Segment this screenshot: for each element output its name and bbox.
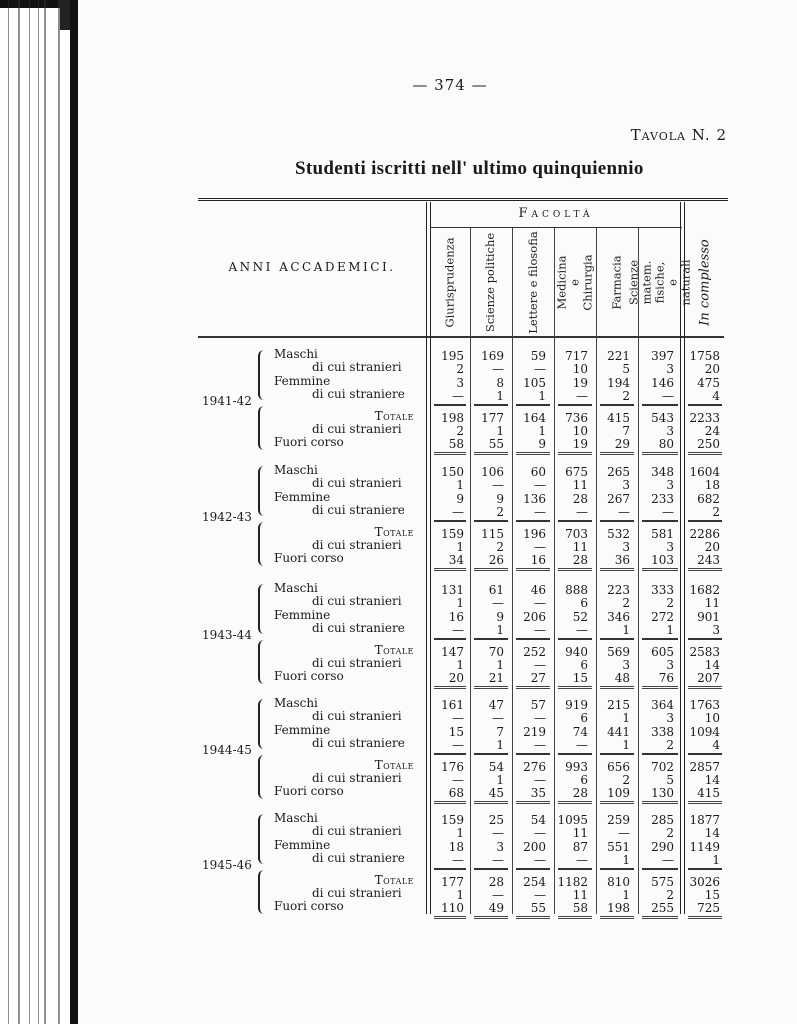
cell-value: 61 <box>470 584 504 597</box>
cell-value: 3 <box>596 541 630 554</box>
cell-value: 1 <box>512 425 546 438</box>
cell-value: 3 <box>596 479 630 492</box>
cell-value: 254 <box>512 876 546 889</box>
values-medicina_chirurgia: 6751128—7031128 <box>554 466 588 568</box>
row-label-di_cui_stranieri: di cui stranieri <box>274 595 414 608</box>
block-bottom-rule <box>688 568 722 571</box>
cell-value: 993 <box>554 761 588 774</box>
values-lettere_filosofia: 60—136—196—16 <box>512 466 546 568</box>
row-label-di_cui_straniere: di cui straniere <box>274 852 414 865</box>
page-number: — 374 — <box>0 76 797 94</box>
year-block-1942-43: 1942-43Maschidi cui stranieriFemminedi c… <box>198 464 728 572</box>
values-medicina_chirurgia: 10951187—11821158 <box>554 814 588 916</box>
students-table: ANNI ACCADEMICI. Facoltà GiurisprudenzaS… <box>198 198 728 918</box>
cell-value: 346 <box>596 611 630 624</box>
cell-value: 2 <box>596 774 630 787</box>
cell-value: 198 <box>596 902 630 915</box>
cell-value: — <box>512 827 546 840</box>
cell-value: 14 <box>684 774 720 787</box>
cell-value: 19 <box>554 438 588 451</box>
cell-value: 29 <box>596 438 630 451</box>
cell-value: 1877 <box>684 814 720 827</box>
cell-value: 35 <box>512 787 546 800</box>
cell-value: 58 <box>430 438 464 451</box>
cell-value: 6 <box>554 712 588 725</box>
cell-value: 115 <box>470 528 504 541</box>
cell-value: 2286 <box>684 528 720 541</box>
block-bottom-rule <box>600 452 634 455</box>
block-bottom-rule <box>600 568 634 571</box>
cell-value: 11 <box>554 827 588 840</box>
cell-value: 10 <box>554 425 588 438</box>
cell-value: 415 <box>684 787 720 800</box>
cell-value: 1 <box>596 624 630 637</box>
block-bottom-rule <box>474 801 508 804</box>
cell-value: 147 <box>430 646 464 659</box>
cell-value: 940 <box>554 646 588 659</box>
row-label-di_cui_stranieri: di cui stranieri <box>274 361 414 374</box>
table-number: Tavola N. 2 <box>631 126 727 144</box>
year-block-1941-42: 1941-42Maschidi cui stranieriFemminedi c… <box>198 348 728 456</box>
cell-value: 207 <box>684 672 720 685</box>
cell-value: 60 <box>512 466 546 479</box>
cell-value: 55 <box>512 902 546 915</box>
row-label-femmine: Femmine <box>274 724 414 737</box>
cell-value: 901 <box>684 611 720 624</box>
cell-value: — <box>554 624 588 637</box>
block-bottom-rule <box>642 568 678 571</box>
cell-value: 1 <box>470 659 504 672</box>
cell-value: — <box>470 479 504 492</box>
cell-value: 1604 <box>684 466 720 479</box>
cell-value: 1 <box>430 659 464 672</box>
block-bottom-rule <box>558 801 592 804</box>
row-label-maschi: Maschi <box>274 812 414 825</box>
block-bottom-rule <box>434 801 466 804</box>
cell-value: 397 <box>638 350 674 363</box>
cell-value: 45 <box>470 787 504 800</box>
cell-value: 16 <box>512 554 546 567</box>
cell-value: — <box>554 390 588 403</box>
block-bottom-rule <box>516 568 550 571</box>
cell-value: — <box>470 889 504 902</box>
cell-value: 6 <box>554 774 588 787</box>
cell-value: 1182 <box>554 876 588 889</box>
cell-value: 105 <box>512 377 546 390</box>
cell-value: — <box>512 363 546 376</box>
brace-lower <box>258 755 266 799</box>
cell-value: 136 <box>512 493 546 506</box>
cell-value: 1758 <box>684 350 720 363</box>
column-header-label: Farmacia <box>611 255 624 309</box>
academic-year-label: 1944-45 <box>202 743 252 757</box>
cell-value: — <box>512 889 546 902</box>
cell-value: 161 <box>430 699 464 712</box>
cell-value: — <box>554 739 588 752</box>
cell-value: 1682 <box>684 584 720 597</box>
cell-value: 1 <box>470 390 504 403</box>
block-bottom-rule <box>642 916 678 919</box>
cell-value: 9 <box>470 611 504 624</box>
cell-value: 80 <box>638 438 674 451</box>
values-lettere_filosofia: 59—105116419 <box>512 350 546 452</box>
cell-value: 146 <box>638 377 674 390</box>
cell-value: — <box>512 597 546 610</box>
cell-value: 52 <box>554 611 588 624</box>
cell-value: 194 <box>596 377 630 390</box>
cell-value: 6 <box>554 597 588 610</box>
row-labels: Maschidi cui stranieriFemminedi cui stra… <box>274 464 414 566</box>
cell-value: 1 <box>596 739 630 752</box>
row-label-fuori_corso: Fuori corso <box>274 436 414 449</box>
cell-value: 265 <box>596 466 630 479</box>
cell-value: — <box>512 541 546 554</box>
row-label-fuori_corso: Fuori corso <box>274 785 414 798</box>
cell-value: 3 <box>638 479 674 492</box>
cell-value: 1 <box>430 827 464 840</box>
cell-value: 682 <box>684 493 720 506</box>
row-label-fuori_corso: Fuori corso <box>274 670 414 683</box>
academic-year-label: 1942-43 <box>202 510 252 524</box>
row-label-femmine: Femmine <box>274 839 414 852</box>
cell-value: 1 <box>430 889 464 902</box>
cell-value: 2 <box>638 827 674 840</box>
cell-value: 18 <box>430 841 464 854</box>
row-label-di_cui_straniere: di cui straniere <box>274 388 414 401</box>
cell-value: 36 <box>596 554 630 567</box>
cell-value: 28 <box>554 554 588 567</box>
row-label-totale: Totale <box>274 644 414 657</box>
column-header-label: Medicina e Chirurgia <box>556 254 595 310</box>
block-bottom-rule <box>688 452 722 455</box>
cell-value: 106 <box>470 466 504 479</box>
block-bottom-rule <box>474 568 508 571</box>
row-label-fuori_corso: Fuori corso <box>274 552 414 565</box>
cell-value: — <box>512 479 546 492</box>
block-bottom-rule <box>600 916 634 919</box>
cell-value: — <box>470 827 504 840</box>
cell-value: — <box>596 506 630 519</box>
values-scienze_politiche: 106—92115226 <box>470 466 504 568</box>
cell-value: 1 <box>470 774 504 787</box>
cell-value: 2 <box>470 506 504 519</box>
cell-value: 2 <box>430 425 464 438</box>
cell-value: 11 <box>684 597 720 610</box>
cell-value: — <box>596 827 630 840</box>
cell-value: 285 <box>638 814 674 827</box>
column-header-label: Giurisprudenza <box>444 237 457 327</box>
row-label-maschi: Maschi <box>274 348 414 361</box>
cell-value: — <box>512 774 546 787</box>
year-block-1945-46: 1945-46Maschidi cui stranieriFemminedi c… <box>198 812 728 920</box>
cell-value: 250 <box>684 438 720 451</box>
values-lettere_filosofia: 46—206—252—27 <box>512 584 546 686</box>
cell-value: 3 <box>430 377 464 390</box>
cell-value: 27 <box>512 672 546 685</box>
cell-value: 198 <box>430 412 464 425</box>
cell-value: — <box>638 506 674 519</box>
cell-value: 3026 <box>684 876 720 889</box>
values-farmacia: 22323461569348 <box>596 584 630 686</box>
cell-value: — <box>470 597 504 610</box>
cell-value: 725 <box>684 902 720 915</box>
cell-value: 16 <box>430 611 464 624</box>
row-label-fuori_corso: Fuori corso <box>274 900 414 913</box>
cell-value: 14 <box>684 827 720 840</box>
cell-value: 74 <box>554 726 588 739</box>
column-header-label: Scienze politiche <box>485 232 498 331</box>
row-label-di_cui_stranieri: di cui stranieri <box>274 710 414 723</box>
cell-value: 2583 <box>684 646 720 659</box>
cell-value: 55 <box>470 438 504 451</box>
cell-value: 259 <box>596 814 630 827</box>
cell-value: 26 <box>470 554 504 567</box>
cell-value: 15 <box>430 726 464 739</box>
table-top-rule <box>198 198 728 201</box>
block-bottom-rule <box>474 452 508 455</box>
cell-value: 47 <box>470 699 504 712</box>
academic-year-label: 1941-42 <box>202 394 252 408</box>
cell-value: — <box>512 712 546 725</box>
cell-value: 3 <box>638 541 674 554</box>
cell-value: 68 <box>430 787 464 800</box>
row-label-femmine: Femmine <box>274 491 414 504</box>
cell-value: 54 <box>470 761 504 774</box>
cell-value: — <box>512 739 546 752</box>
cell-value: 49 <box>470 902 504 915</box>
cell-value: 290 <box>638 841 674 854</box>
cell-value: 575 <box>638 876 674 889</box>
cell-value: 54 <box>512 814 546 827</box>
cell-value: 919 <box>554 699 588 712</box>
cell-value: — <box>512 624 546 637</box>
page-title: Studenti iscritti nell' ultimo quinquien… <box>295 158 644 180</box>
cell-value: 10 <box>684 712 720 725</box>
block-bottom-rule <box>558 452 592 455</box>
values-in_complesso: 1604186822228620243 <box>684 466 720 568</box>
cell-value: 2 <box>430 363 464 376</box>
row-label-di_cui_stranieri: di cui stranieri <box>274 825 414 838</box>
cell-value: 3 <box>638 712 674 725</box>
cell-value: 110 <box>430 902 464 915</box>
cell-value: 1095 <box>554 814 588 827</box>
cell-value: 2 <box>638 889 674 902</box>
values-scienze_mfn: 3973146—543380 <box>638 350 674 452</box>
row-labels: Maschidi cui stranieriFemminedi cui stra… <box>274 697 414 799</box>
values-in_complesso: 17631010944285714415 <box>684 699 720 801</box>
values-scienze_mfn: 2852290—5752255 <box>638 814 674 916</box>
scanned-binding-edge <box>0 0 78 1024</box>
cell-value: — <box>638 854 674 867</box>
column-header-scienze_politiche: Scienze politiche <box>470 230 512 334</box>
block-bottom-rule <box>516 801 550 804</box>
cell-value: — <box>512 506 546 519</box>
cell-value: 87 <box>554 841 588 854</box>
cell-value: 11 <box>554 541 588 554</box>
cell-value: 1 <box>684 854 720 867</box>
cell-value: 20 <box>430 672 464 685</box>
cell-value: 21 <box>470 672 504 685</box>
column-header-in_complesso: In complesso <box>684 230 726 334</box>
cell-value: 1 <box>430 597 464 610</box>
academic-year-label: 1943-44 <box>202 628 252 642</box>
brace-lower <box>258 522 266 566</box>
cell-value: 70 <box>470 646 504 659</box>
row-label-di_cui_stranieri: di cui stranieri <box>274 657 414 670</box>
cell-value: 223 <box>596 584 630 597</box>
cell-value: 11 <box>554 889 588 902</box>
block-bottom-rule <box>642 686 678 689</box>
cell-value: 7 <box>596 425 630 438</box>
values-medicina_chirurgia: 919674—993628 <box>554 699 588 801</box>
cell-value: 1763 <box>684 699 720 712</box>
block-bottom-rule <box>688 686 722 689</box>
cell-value: 46 <box>512 584 546 597</box>
cell-value: 8 <box>470 377 504 390</box>
cell-value: 76 <box>638 672 674 685</box>
cell-value: 338 <box>638 726 674 739</box>
facolta-header: Facoltà <box>430 206 682 221</box>
column-header-label: In complesso <box>699 239 712 325</box>
row-label-di_cui_stranieri: di cui stranieri <box>274 423 414 436</box>
block-bottom-rule <box>558 916 592 919</box>
block-bottom-rule <box>516 452 550 455</box>
cell-value: 150 <box>430 466 464 479</box>
cell-value: 9 <box>470 493 504 506</box>
values-giurisprudenza: 159118—1771110 <box>430 814 464 916</box>
cell-value: 164 <box>512 412 546 425</box>
cell-value: 28 <box>554 493 588 506</box>
row-label-totale: Totale <box>274 874 414 887</box>
row-label-di_cui_stranieri: di cui stranieri <box>274 477 414 490</box>
cell-value: 475 <box>684 377 720 390</box>
cell-value: 703 <box>554 528 588 541</box>
cell-value: 581 <box>638 528 674 541</box>
block-bottom-rule <box>434 452 466 455</box>
row-label-di_cui_straniere: di cui straniere <box>274 622 414 635</box>
year-block-1943-44: 1943-44Maschidi cui stranieriFemminedi c… <box>198 582 728 690</box>
cell-value: 5 <box>638 774 674 787</box>
column-header-medicina_chirurgia: Medicina e Chirurgia <box>554 230 596 334</box>
row-label-di_cui_stranieri: di cui stranieri <box>274 539 414 552</box>
cell-value: 3 <box>470 841 504 854</box>
cell-value: — <box>512 854 546 867</box>
cell-value: 20 <box>684 363 720 376</box>
block-bottom-rule <box>600 801 634 804</box>
cell-value: 57 <box>512 699 546 712</box>
block-bottom-rule <box>642 452 678 455</box>
cell-value: 267 <box>596 493 630 506</box>
cell-value: 551 <box>596 841 630 854</box>
cell-value: 272 <box>638 611 674 624</box>
cell-value: 3 <box>596 659 630 672</box>
cell-value: — <box>554 506 588 519</box>
cell-value: 24 <box>684 425 720 438</box>
column-header-lettere_filosofia: Lettere e filosofia <box>512 230 554 334</box>
cell-value: 176 <box>430 761 464 774</box>
row-label-maschi: Maschi <box>274 697 414 710</box>
cell-value: 1 <box>430 541 464 554</box>
cell-value: — <box>430 774 464 787</box>
cell-value: 1 <box>596 889 630 902</box>
cell-value: 532 <box>596 528 630 541</box>
cell-value: 2 <box>596 390 630 403</box>
block-bottom-rule <box>434 916 466 919</box>
row-label-di_cui_straniere: di cui straniere <box>274 737 414 750</box>
block-bottom-rule <box>474 916 508 919</box>
values-giurisprudenza: 131116—147120 <box>430 584 464 686</box>
cell-value: — <box>470 363 504 376</box>
cell-value: 543 <box>638 412 674 425</box>
row-labels: Maschidi cui stranieriFemminedi cui stra… <box>274 582 414 684</box>
year-block-1944-45: 1944-45Maschidi cui stranieriFemminedi c… <box>198 697 728 805</box>
cell-value: 177 <box>430 876 464 889</box>
block-bottom-rule <box>688 801 722 804</box>
values-medicina_chirurgia: 7171019—7361019 <box>554 350 588 452</box>
column-header-giurisprudenza: Giurisprudenza <box>430 230 470 334</box>
block-bottom-rule <box>688 916 722 919</box>
cell-value: 3 <box>638 659 674 672</box>
cell-value: 1 <box>596 712 630 725</box>
row-label-maschi: Maschi <box>274 582 414 595</box>
cell-value: 159 <box>430 528 464 541</box>
cell-value: 252 <box>512 646 546 659</box>
cell-value: 675 <box>554 466 588 479</box>
brace-upper <box>258 814 266 864</box>
cell-value: 11 <box>554 479 588 492</box>
block-bottom-rule <box>474 686 508 689</box>
brace-upper <box>258 584 266 634</box>
anni-accademici-header: ANNI ACCADEMICI. <box>198 260 426 274</box>
cell-value: 1149 <box>684 841 720 854</box>
row-label-totale: Totale <box>274 410 414 423</box>
cell-value: 717 <box>554 350 588 363</box>
values-scienze_mfn: 364333827025130 <box>638 699 674 801</box>
cell-value: 196 <box>512 528 546 541</box>
block-bottom-rule <box>642 801 678 804</box>
cell-value: 1 <box>430 479 464 492</box>
values-lettere_filosofia: 57—219—276—35 <box>512 699 546 801</box>
cell-value: 364 <box>638 699 674 712</box>
facolta-rule <box>430 227 682 228</box>
values-farmacia: 215144116562109 <box>596 699 630 801</box>
values-in_complesso: 1682119013258314207 <box>684 584 720 686</box>
cell-value: 159 <box>430 814 464 827</box>
cell-value: 221 <box>596 350 630 363</box>
cell-value: 1 <box>512 390 546 403</box>
cell-value: 3 <box>638 363 674 376</box>
values-lettere_filosofia: 54—200—254—55 <box>512 814 546 916</box>
cell-value: — <box>470 712 504 725</box>
values-farmacia: 22151942415729 <box>596 350 630 452</box>
cell-value: 1 <box>470 425 504 438</box>
cell-value: 28 <box>470 876 504 889</box>
cell-value: — <box>512 659 546 672</box>
values-giurisprudenza: 19523—198258 <box>430 350 464 452</box>
cell-value: 195 <box>430 350 464 363</box>
cell-value: 441 <box>596 726 630 739</box>
cell-value: 109 <box>596 787 630 800</box>
cell-value: 276 <box>512 761 546 774</box>
cell-value: 58 <box>554 902 588 915</box>
cell-value: 10 <box>554 363 588 376</box>
brace-lower <box>258 870 266 914</box>
brace-lower <box>258 640 266 684</box>
block-bottom-rule <box>600 686 634 689</box>
cell-value: 255 <box>638 902 674 915</box>
cell-value: 130 <box>638 787 674 800</box>
cell-value: — <box>430 712 464 725</box>
